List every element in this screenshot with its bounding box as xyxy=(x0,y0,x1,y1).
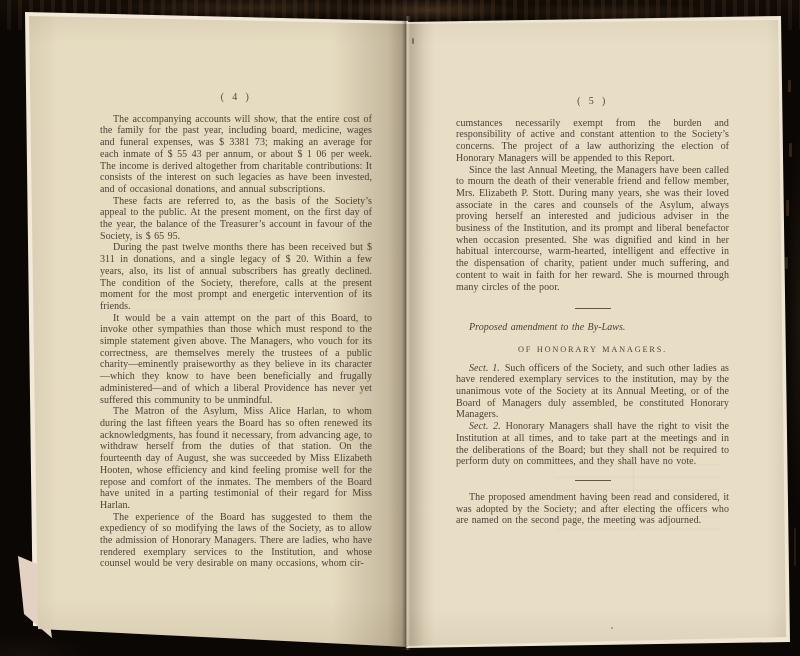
closing-paragraph: The proposed amendment having been read … xyxy=(456,492,729,527)
binding-stitch-mark xyxy=(794,528,796,566)
paragraph: During the past twelve months there has … xyxy=(100,242,372,312)
binding-stitch-mark xyxy=(786,200,789,216)
page-number-left: ( 4 ) xyxy=(100,92,372,104)
paragraph: cumstances necessarily exempt from the b… xyxy=(456,118,729,165)
binding-stitch-mark xyxy=(789,143,792,157)
scanned-book-spread: ( 4 ) The accompanying accounts will sho… xyxy=(0,0,800,656)
paragraph: Since the last Annual Meeting, the Manag… xyxy=(456,165,729,294)
page-number-right: ( 5 ) xyxy=(456,96,729,108)
section-1: Sect. 1.Such officers of the Society, an… xyxy=(456,363,729,422)
honorary-managers-heading: OF HONORARY MANAGERS. xyxy=(456,344,729,356)
section-1-label: Sect. 1. xyxy=(469,363,500,374)
ink-speck xyxy=(412,38,414,44)
paragraph: The Matron of the Asylum, Miss Alice Har… xyxy=(100,406,372,511)
section-divider-rule xyxy=(575,480,611,481)
section-divider-rule xyxy=(575,308,611,309)
section-2: Sect. 2.Honorary Managers shall have the… xyxy=(456,421,729,468)
paragraph: The accompanying accounts will show, tha… xyxy=(100,114,372,196)
paragraph: It would be a vain attempt on the part o… xyxy=(100,313,372,407)
paragraph: These facts are referred to, as the basi… xyxy=(100,196,372,243)
binding-stitch-mark xyxy=(788,80,791,92)
paragraph: The experience of the Board has suggeste… xyxy=(100,512,372,571)
page-5-text-column: ( 5 ) cumstances necessarily exempt from… xyxy=(456,96,729,527)
page-4-text-column: ( 4 ) The accompanying accounts will sho… xyxy=(100,92,372,570)
amendment-heading: Proposed amendment to the By-Laws. xyxy=(456,322,729,334)
dust-speck xyxy=(611,627,613,629)
binding-stitch-mark xyxy=(785,257,788,269)
section-2-label: Sect. 2. xyxy=(469,421,501,432)
